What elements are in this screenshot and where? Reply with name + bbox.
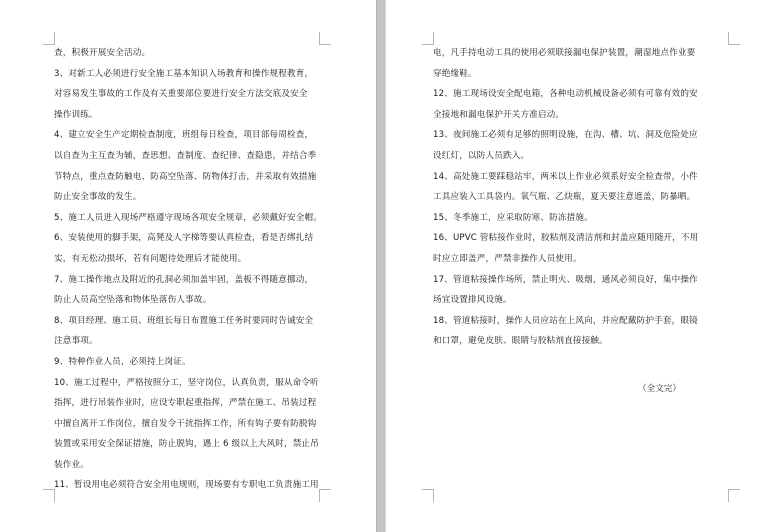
text-line: 13、夜间施工必须有足够的照明设施，在沟、槽、坑、洞及危险处应 bbox=[433, 125, 705, 146]
page-text: 查，积极开展安全活动。 3、对新工人必须进行安全施工基本知识入场教育和操作规程教… bbox=[54, 43, 324, 496]
text-line: 设红灯，以防人员跌入。 bbox=[433, 146, 705, 167]
text-line: 16、UPVC 管粘接作业时，胶粘剂及清洁剂和封盖应随用随开，不用 bbox=[433, 228, 705, 249]
end-of-document-mark: （全文完） bbox=[638, 382, 681, 394]
text-line: 15、冬季施工，应采取防寒、防冻措施。 bbox=[433, 208, 705, 229]
text-line: 8、项目经理、施工员、班组长每日布置施工任务时要同时告诫安全 bbox=[54, 311, 324, 332]
text-line: 7、施工操作地点及附近的孔洞必须加盖牢固，盖板不得随意挪动， bbox=[54, 270, 324, 291]
text-line: 节特点，重点查防触电、防高空坠落、防物体打击，并采取有效措施 bbox=[54, 167, 324, 188]
text-line: 中擅自离开工作岗位，擅自发令干扰指挥工作，所有钩子要有防脱钩 bbox=[54, 414, 324, 435]
crop-mark-bottom-right bbox=[728, 489, 740, 502]
text-line: 6、安装使用的脚手架，高凳及人字梯等要认真检查，看是否绑扎结 bbox=[54, 228, 324, 249]
document-page-right: 电，凡手持电动工具的使用必须联接漏电保护装置，潮湿地点作业要 穿绝缘鞋。 12、… bbox=[386, 0, 760, 532]
text-line: 装置或采用安全保证措施，防止脱钩，遇上 6 级以上大风时，禁止吊 bbox=[54, 434, 324, 455]
text-line: 操作训练。 bbox=[54, 105, 324, 126]
page-text: 电，凡手持电动工具的使用必须联接漏电保护装置，潮湿地点作业要 穿绝缘鞋。 12、… bbox=[433, 43, 705, 352]
text-line: 12、施工现场设安全配电箱，各种电动机械设备必须有可靠有效的安 bbox=[433, 84, 705, 105]
text-line: 9、特种作业人员，必须持上岗证。 bbox=[54, 352, 324, 373]
text-line: 和口罩，避免皮肤、眼睛与胶粘剂直接接触。 bbox=[433, 331, 705, 352]
text-line: 穿绝缘鞋。 bbox=[433, 64, 705, 85]
text-line: 5、施工人员进入现场严格遵守现场各项安全规章，必须戴好安全帽。 bbox=[54, 208, 324, 229]
text-line: 3、对新工人必须进行安全施工基本知识入场教育和操作规程教育， bbox=[54, 64, 324, 85]
crop-mark-top-right bbox=[728, 32, 740, 45]
text-line: 工具应装入工具袋内。氧气瓶、乙炔瓶，夏天要注意遮盖，防暴晒。 bbox=[433, 187, 705, 208]
text-line: 实，有无松动损坏，若有问题待处理后才能使用。 bbox=[54, 249, 324, 270]
text-line: 场宜设置排风设施。 bbox=[433, 290, 705, 311]
text-line: 防止人员高空坠落和物体坠落伤人事故。 bbox=[54, 290, 324, 311]
text-line: 18、管道粘接时，操作人员应站在上风向，并应配戴防护手套，眼镜 bbox=[433, 311, 705, 332]
text-line: 全接地和漏电保护开关方准启动。 bbox=[433, 105, 705, 126]
text-line: 4、建立安全生产定期检查制度，班组每日检查，项目部每周检查， bbox=[54, 125, 324, 146]
text-line: 以自查为主互查为辅，查思想、查制度、查纪律、查隐患，并结合季 bbox=[54, 146, 324, 167]
crop-mark-bottom-left bbox=[422, 489, 434, 502]
text-line: 电，凡手持电动工具的使用必须联接漏电保护装置，潮湿地点作业要 bbox=[433, 43, 705, 64]
text-line: 注意事项。 bbox=[54, 331, 324, 352]
text-line: 查，积极开展安全活动。 bbox=[54, 43, 324, 64]
text-line: 时应立即盖严，严禁非操作人员使用。 bbox=[433, 249, 705, 270]
text-line: 11、暂设用电必须符合安全用电规则，现场要有专职电工负责施工用 bbox=[54, 475, 324, 496]
text-line: 10、施工过程中，严格按照分工，坚守岗位，认真负责，服从命令听 bbox=[54, 373, 324, 394]
document-page-left: 查，积极开展安全活动。 3、对新工人必须进行安全施工基本知识入场教育和操作规程教… bbox=[0, 0, 376, 532]
text-line: 指挥，进行吊装作业时，应设专职起重指挥，严禁在施工、吊装过程 bbox=[54, 393, 324, 414]
text-line: 对容易发生事故的工作及有关重要部位要进行安全方法交底及安全 bbox=[54, 84, 324, 105]
text-line: 14、高处施工要踩稳站牢，两米以上作业必须系好安全检查带，小件 bbox=[433, 167, 705, 188]
page-divider bbox=[376, 0, 386, 532]
text-line: 防止安全事故的发生。 bbox=[54, 187, 324, 208]
text-line: 17、管道粘接操作场所，禁止明火、吸烟，通风必须良好，集中操作 bbox=[433, 270, 705, 291]
text-line: 装作业。 bbox=[54, 455, 324, 476]
